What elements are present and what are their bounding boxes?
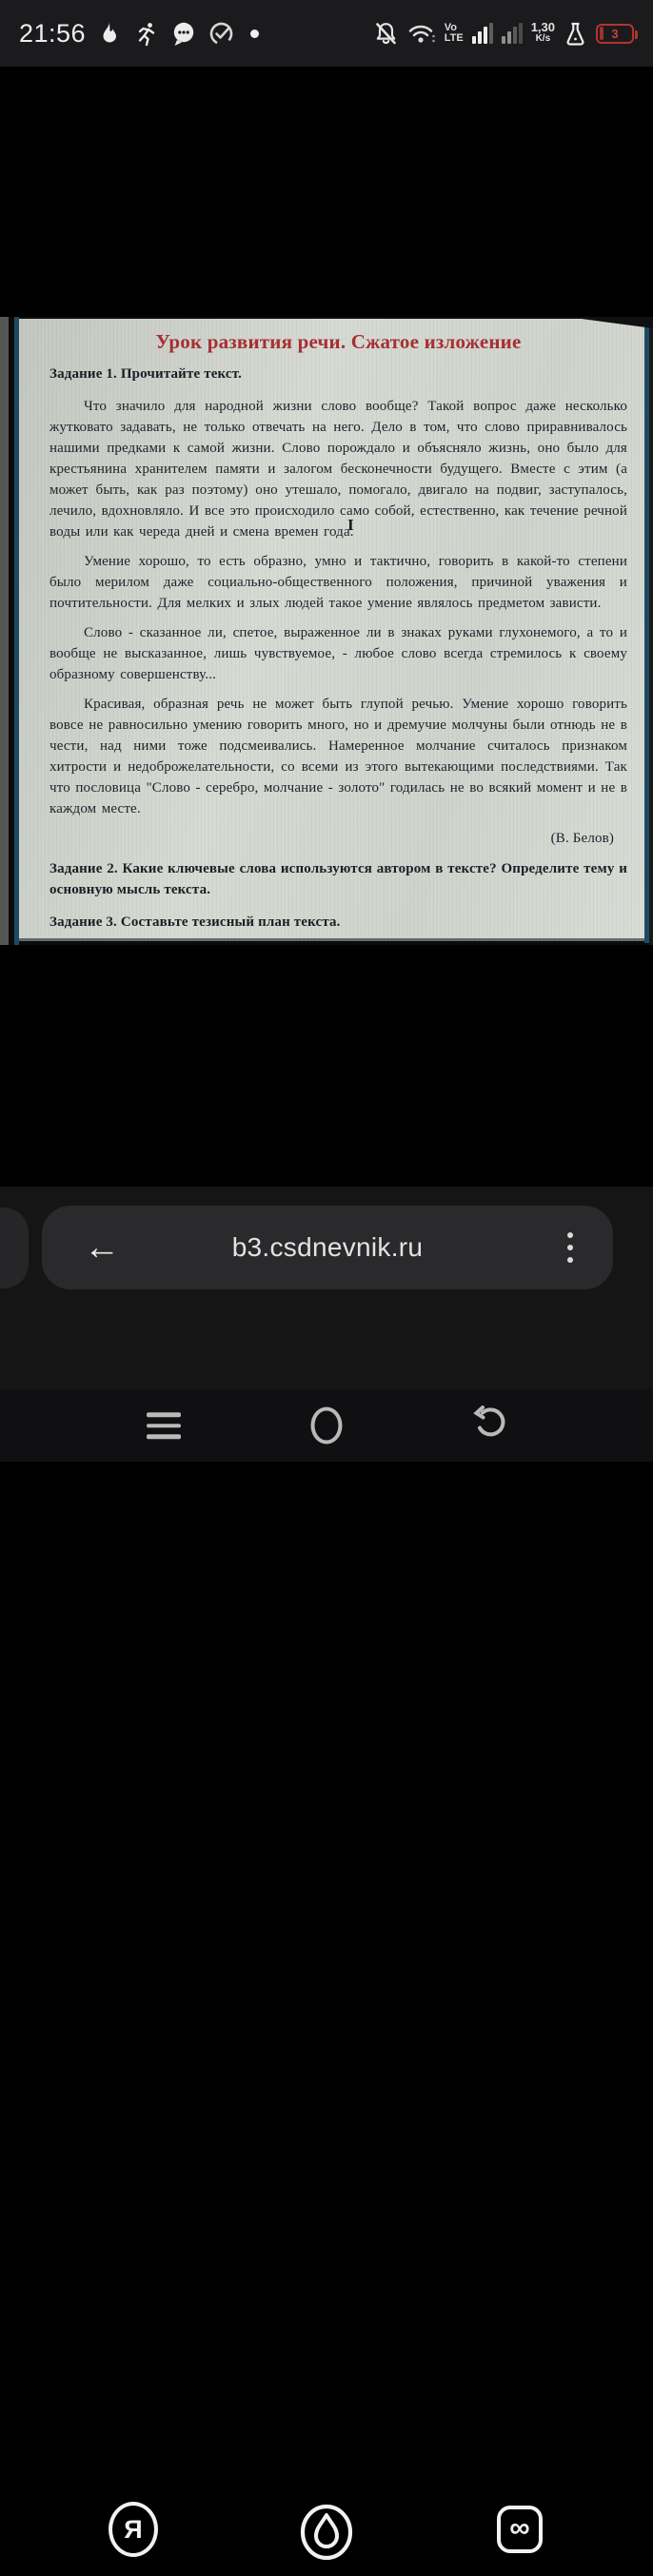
worksheet-page: Урок развития речи. Сжатое изложение Зад…: [19, 319, 644, 941]
paragraph-4: Красивая, образная речь не может быть гл…: [49, 694, 627, 819]
volte-indicator: VoLTE: [445, 23, 464, 44]
runner-icon: [133, 21, 158, 47]
signal-bars-icon: [472, 23, 493, 44]
flame-icon: [98, 21, 121, 47]
check-circle-icon: [208, 21, 234, 47]
author-attribution: (В. Белов): [49, 828, 627, 849]
chat-bubble-icon: [170, 21, 196, 47]
dot-icon: [250, 29, 259, 38]
screen-edge-strip: [0, 317, 9, 945]
wifi-icon: [407, 21, 436, 46]
paragraph-1: Что значило для народной жизни слово воо…: [49, 396, 627, 542]
text-cursor-artifact: I: [347, 516, 354, 535]
clock: 21:56: [19, 19, 86, 49]
worksheet-photo: Урок развития речи. Сжатое изложение Зад…: [0, 317, 653, 945]
lab-flask-icon: [564, 21, 587, 47]
url-field[interactable]: b3.csdnevnik.ru: [42, 1232, 613, 1263]
battery-icon: 3: [596, 24, 634, 44]
notifications-off-icon: [373, 21, 399, 47]
signal-bars-secondary-icon: [502, 23, 523, 44]
worksheet-title: Урок развития речи. Сжатое изложение: [49, 330, 627, 353]
network-speed: 1,30K/s: [531, 22, 555, 45]
adjacent-tab-pill[interactable]: [0, 1208, 29, 1288]
home-icon[interactable]: [311, 1407, 343, 1445]
paragraph-3: Слово - сказанное ли, спетое, выраженное…: [49, 622, 627, 685]
address-bar[interactable]: ← b3.csdnevnik.ru: [42, 1206, 613, 1289]
android-navigation-bar: [0, 1389, 653, 1462]
worksheet-text: Урок развития речи. Сжатое изложение Зад…: [19, 319, 644, 941]
task-3: Задание 3. Составьте тезисный план текст…: [49, 912, 627, 933]
back-icon[interactable]: [471, 1406, 509, 1446]
menu-button[interactable]: [567, 1232, 573, 1263]
task-1: Задание 1. Прочитайте текст.: [49, 364, 627, 384]
recents-menu-icon[interactable]: [147, 1412, 181, 1439]
browser-bottom-bar: ← b3.csdnevnik.ru Я ∞: [0, 1187, 653, 1389]
status-bar: 21:56 VoLTE 1,30K/s: [0, 0, 653, 67]
paragraph-2: Умение хорошо, то есть образно, умно и т…: [49, 551, 627, 614]
task-2: Задание 2. Какие ключевые слова использу…: [49, 858, 627, 900]
